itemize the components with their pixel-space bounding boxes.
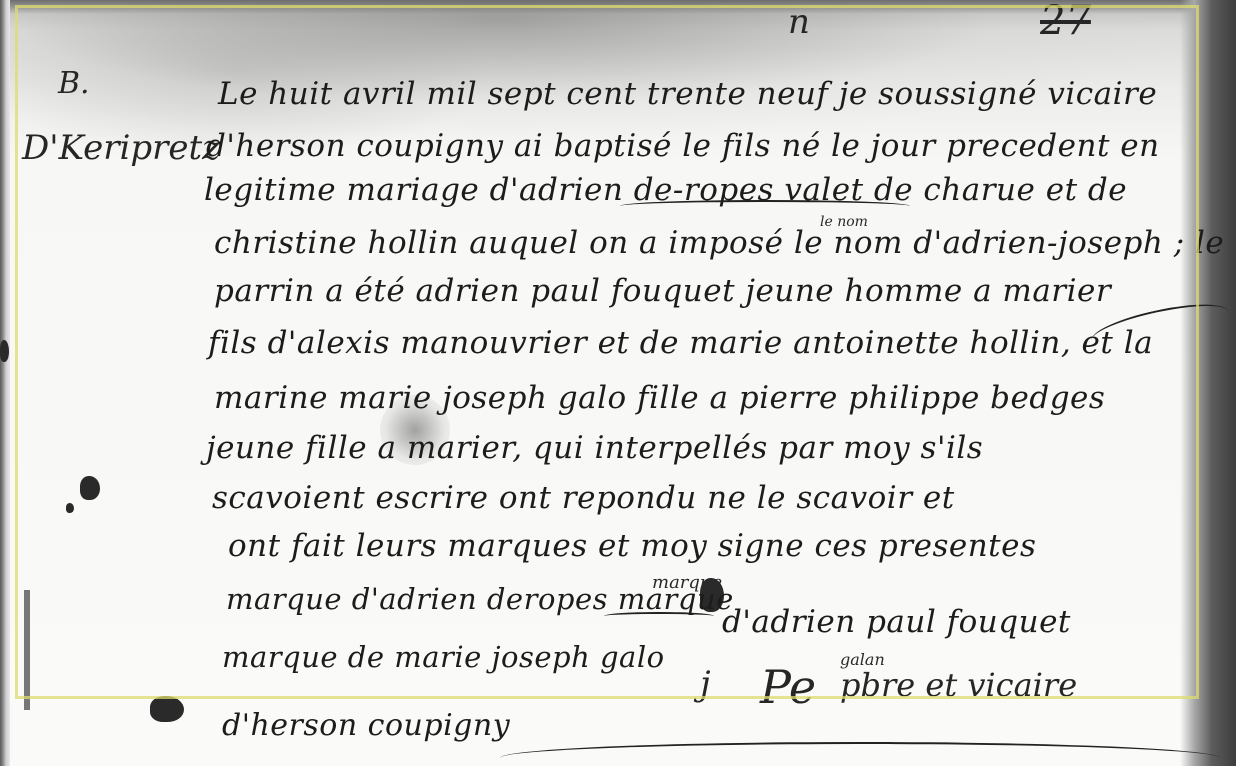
- text-line-14: d'herson coupigny: [222, 708, 510, 743]
- ink-blot: [150, 696, 184, 722]
- selection-rectangle[interactable]: [15, 5, 1199, 699]
- ink-blot: [0, 340, 9, 362]
- pen-flourish: [500, 742, 1220, 766]
- scan-left-edge: [0, 0, 10, 766]
